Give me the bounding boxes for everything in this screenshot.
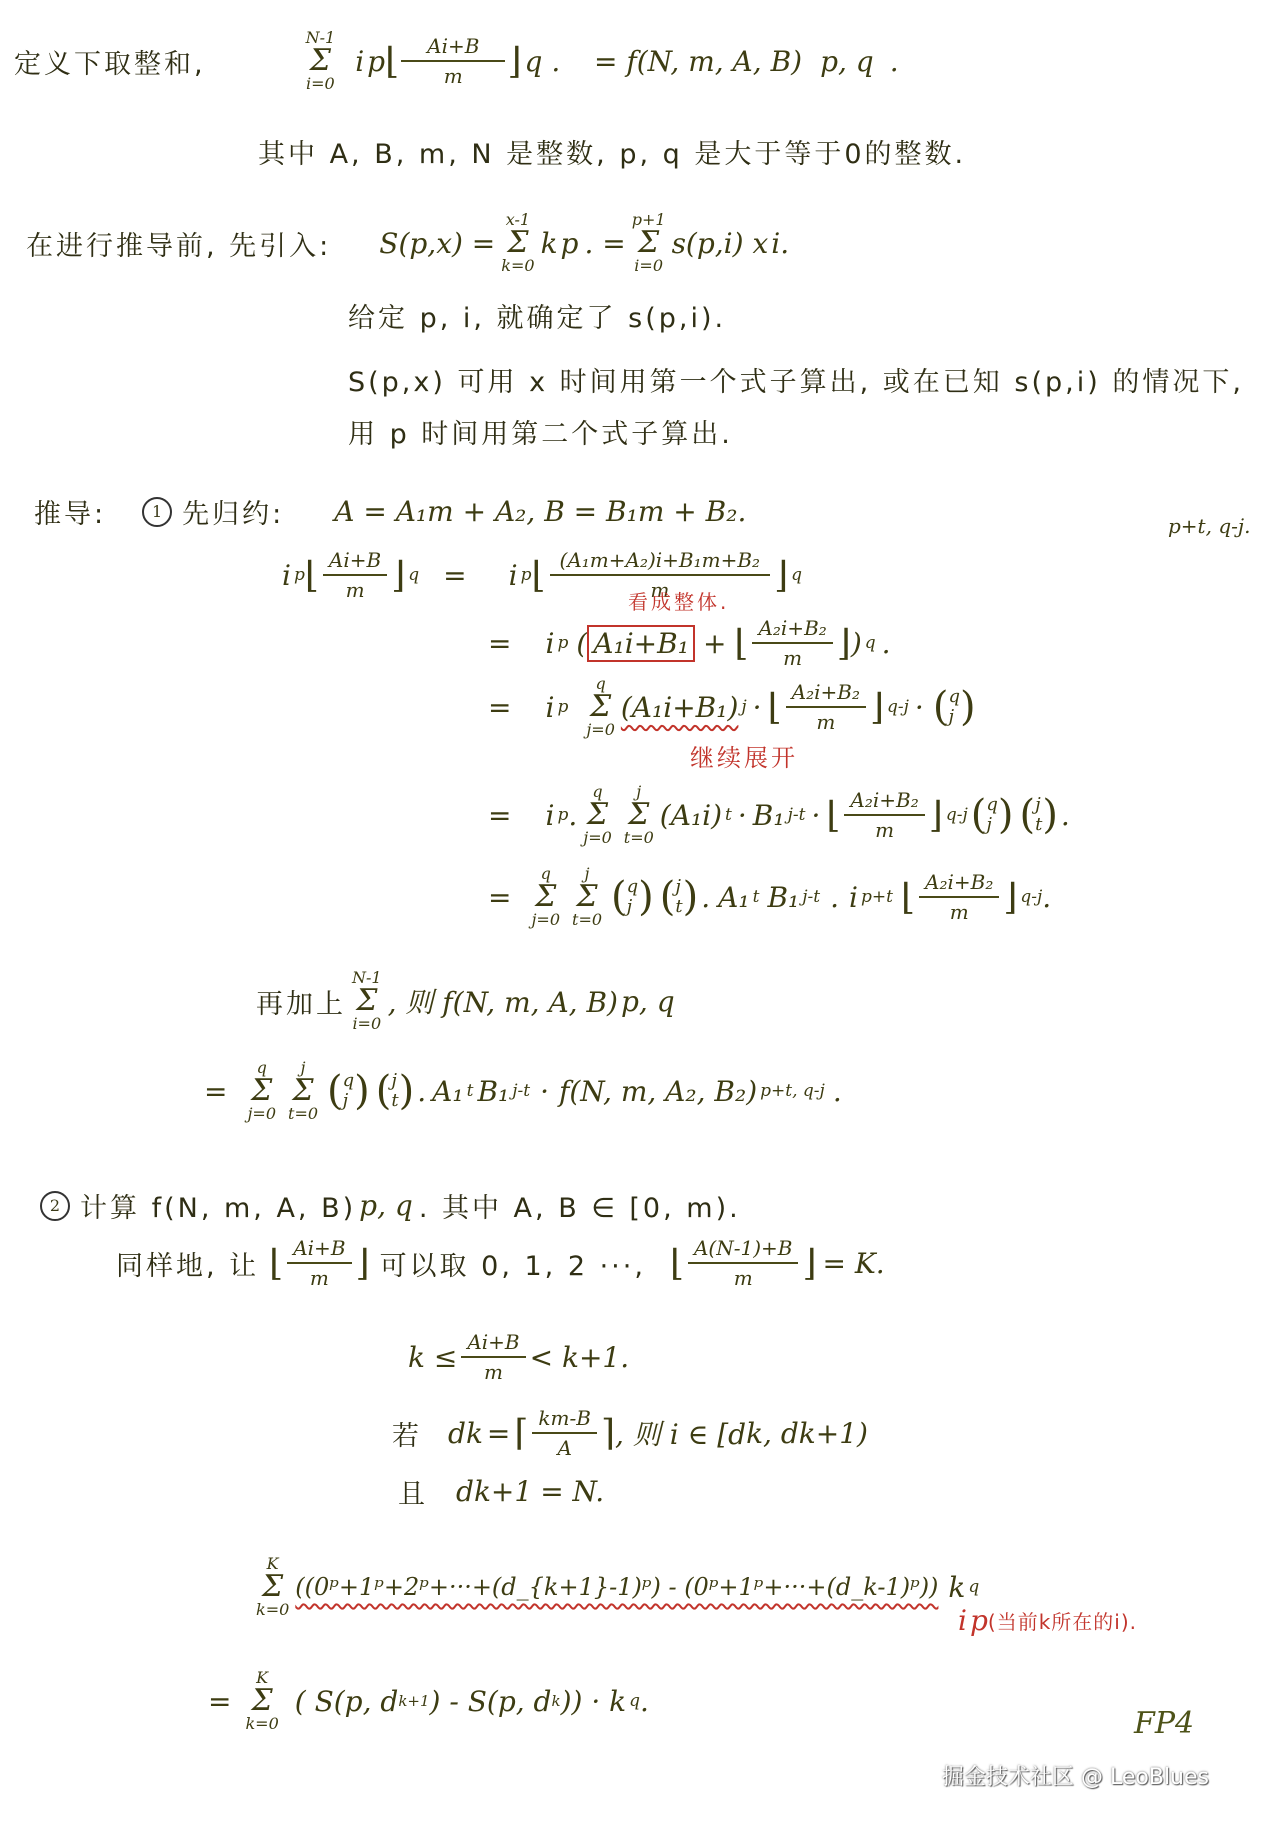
annotation-current-i: ip (当前k所在的i). — [958, 1604, 1137, 1637]
binomial: (jt) — [376, 1068, 414, 1114]
margin-note: p+t, q-j. — [1168, 514, 1250, 538]
derivation-row-4: = ip. qΣj=0 jΣt=0 (A₁i)t · B₁j-t · ⌊ A₂i… — [488, 784, 1070, 846]
sum-symbol: jΣt=0 — [624, 784, 654, 846]
sum-symbol: p+1 Σ i=0 — [632, 212, 666, 274]
step2-dk-definition: 若 dk = ⌈ km-BA ⌉ , 则 i ∈ [dk , dk+1 ) — [392, 1406, 868, 1460]
sum-symbol: qΣj=0 — [531, 866, 560, 928]
binomial: (qj) — [971, 792, 1014, 838]
derivation-header: 推导: 1 先归约: A = A₁m + A₂, B = B₁m + B₂. — [34, 492, 746, 531]
prelim-note-1: 给定 p, i, 就确定了 s(p,i). — [348, 296, 726, 335]
derivation-result-1: = qΣj=0 jΣt=0 (qj) (jt) . A₁t B₁j-t · f(… — [204, 1060, 842, 1122]
sum-symbol: N-1Σi=0 — [352, 970, 382, 1032]
step2-dk-last: 且 dk+1 = N. — [398, 1472, 604, 1511]
sum-over-i-line: 再加上 N-1Σi=0 , 则 f(N, m, A, B) p, q — [256, 970, 675, 1032]
wavy-underlined-sum: ((0ᵖ+1ᵖ+2ᵖ+···+(d_{k+1}-1)ᵖ) - (0ᵖ+1ᵖ+··… — [295, 1573, 938, 1601]
prelim-line: 在进行推导前, 先引入: S(p,x) = x-1 Σ k=0 k p . = … — [26, 212, 789, 274]
f-definition: = f(N, m, A, B) — [594, 45, 802, 78]
where-clause: 其中 A, B, m, N 是整数, p, q 是大于等于0的整数. — [258, 132, 966, 171]
term-i: i — [355, 45, 364, 78]
step2-inequality: k ≤ Ai+Bm < k+1. — [408, 1330, 629, 1384]
step2-result: = KΣk=0 ( S(p, dk+1 ) - S(p, dk )) · kq … — [208, 1670, 649, 1732]
derivation-row-3: = ip qΣj=0 (A₁i+B₁)j · ⌊ A₂i+B₂m ⌋q-j · … — [488, 676, 979, 738]
sum-symbol: jΣt=0 — [572, 866, 602, 928]
sum-symbol: KΣk=0 — [256, 1556, 289, 1618]
annotation-treat-as-whole: 看成整体. — [628, 586, 729, 615]
step2-big-sum: KΣk=0 ((0ᵖ+1ᵖ+2ᵖ+···+(d_{k+1}-1)ᵖ) - (0ᵖ… — [250, 1556, 979, 1618]
sum-symbol: N-1 Σ i=0 — [306, 30, 336, 92]
binomial: (qj) — [933, 684, 976, 730]
sum-symbol: qΣj=0 — [583, 784, 612, 846]
wavy-underlined-term: (A₁i+B₁) — [621, 691, 739, 724]
boxed-term: A₁i+B₁ — [587, 625, 695, 662]
signature: FP4 — [1134, 1706, 1194, 1741]
definition-line: 定义下取整和, N-1 Σ i=0 i p ⌊ Ai+B m ⌋ q . = f… — [14, 30, 899, 92]
sum-symbol: jΣt=0 — [288, 1060, 318, 1122]
watermark: 掘金技术社区 @ LeoBlues — [942, 1760, 1209, 1791]
binomial: (jt) — [660, 874, 698, 920]
sum-symbol: qΣj=0 — [247, 1060, 276, 1122]
binomial: (qj) — [611, 874, 654, 920]
step-marker-2: 2 — [40, 1191, 70, 1221]
step2-floor-range: 同样地, 让 ⌊ Ai+Bm ⌋ 可以取 0, 1, 2 ···, ⌊ A(N-… — [116, 1236, 885, 1290]
definition-label: 定义下取整和, — [14, 42, 206, 81]
binomial: (qj) — [327, 1068, 370, 1114]
prelim-note-3: 用 p 时间用第二个式子算出. — [348, 412, 733, 451]
sum-symbol: x-1 Σ k=0 — [501, 212, 534, 274]
derivation-row-2: = ip ( A₁i+B₁ + ⌊ A₂i+B₂m ⌋ )q . — [488, 616, 891, 670]
prelim-label: 在进行推导前, 先引入: — [26, 224, 331, 263]
binomial: (jt) — [1019, 792, 1057, 838]
fraction: Ai+B m — [401, 34, 505, 88]
step2-header: 2 计算 f(N, m, A, B) p, q . 其中 A, B ∈ [0, … — [40, 1186, 741, 1225]
derivation-row-5: = qΣj=0 jΣt=0 (qj) (jt) . A₁t B₁j-t . ip… — [488, 866, 1051, 928]
sum-symbol: KΣk=0 — [245, 1670, 278, 1732]
annotation-continue-expand: 继续展开 — [690, 738, 798, 773]
sum-symbol: qΣj=0 — [586, 676, 615, 738]
step-marker-1: 1 — [142, 497, 172, 527]
prelim-note-2: S(p,x) 可用 x 时间用第一个式子算出, 或在已知 s(p,i) 的情况下… — [348, 360, 1244, 399]
